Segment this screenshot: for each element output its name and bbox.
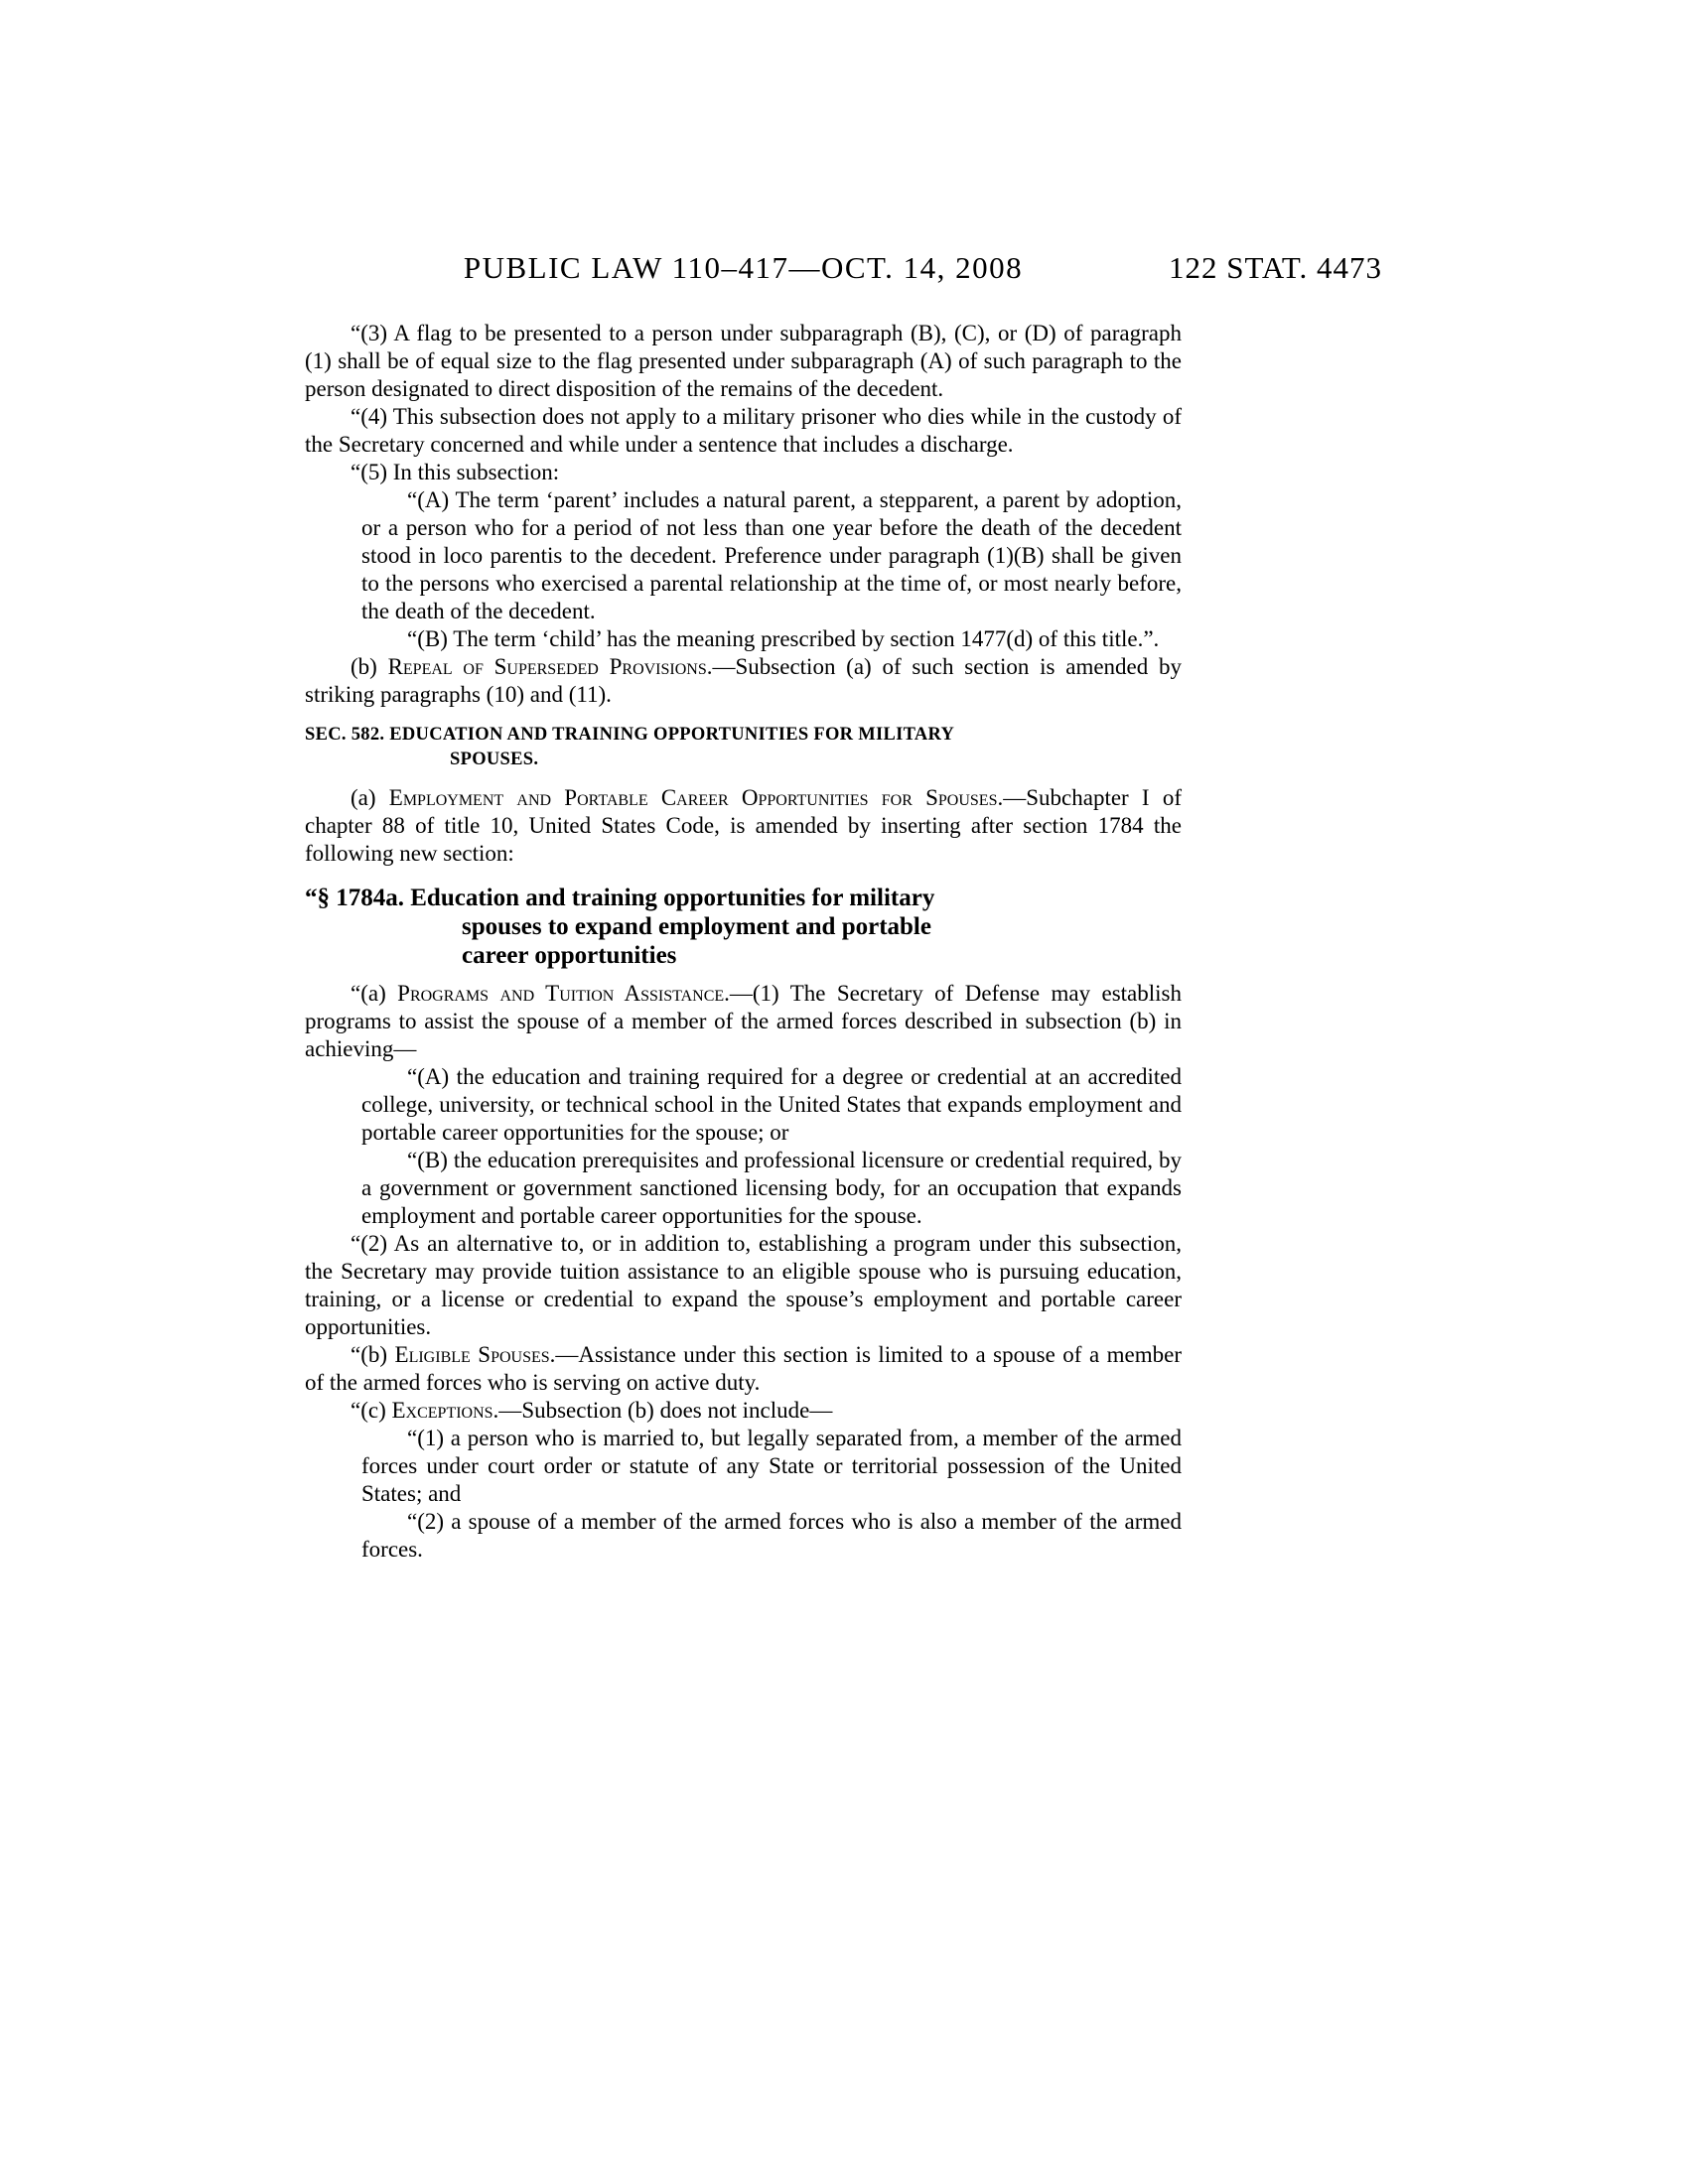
text-run: “(2) a spouse of a member of the armed f… xyxy=(361,1509,1182,1562)
document-blocks: “(3) A flag to be presented to a person … xyxy=(305,320,1182,1564)
text-run: “(B) the education prerequisites and pro… xyxy=(361,1148,1182,1228)
running-head: PUBLIC LAW 110–417—OCT. 14, 2008 122 STA… xyxy=(305,250,1382,292)
para: “(5) In this subsection: xyxy=(305,459,1182,486)
para: (b) Repeal of Superseded Provisions.—Sub… xyxy=(305,653,1182,709)
text-run: career opportunities xyxy=(462,942,676,969)
small-caps-run: Eligible Spouses.— xyxy=(395,1342,579,1367)
text-run: “(5) In this subsection: xyxy=(351,460,559,484)
statutes-page-number: 122 STAT. 4473 xyxy=(1169,250,1382,286)
para: “(B) The term ‘child’ has the meaning pr… xyxy=(361,625,1182,653)
small-caps-run: Repeal of Superseded Provisions.— xyxy=(388,654,736,679)
text-run: Subsection (b) does not include— xyxy=(521,1398,832,1423)
para: “(c) Exceptions.—Subsection (b) does not… xyxy=(305,1397,1182,1425)
para: “(3) A flag to be presented to a person … xyxy=(305,320,1182,403)
para: “(A) the education and training required… xyxy=(361,1063,1182,1147)
para: “(B) the education prerequisites and pro… xyxy=(361,1147,1182,1230)
text-run: (a) xyxy=(351,785,389,810)
text-run: SEC. 582. EDUCATION AND TRAINING OPPORTU… xyxy=(305,725,954,745)
text-run: SPOUSES. xyxy=(450,750,538,769)
text-run: “(c) xyxy=(351,1398,392,1423)
usc-heading: “§ 1784a. Education and training opportu… xyxy=(305,884,1182,970)
para: “(2) a spouse of a member of the armed f… xyxy=(361,1508,1182,1564)
text-run: (b) xyxy=(351,654,388,679)
text-run: “§ 1784a. Education and training opportu… xyxy=(305,885,934,911)
text-run: “(1) a person who is married to, but leg… xyxy=(361,1426,1182,1506)
text-run: “(a) xyxy=(351,981,397,1006)
small-caps-run: Programs and Tuition Assistance.— xyxy=(397,981,753,1006)
text-run: “(4) This subsection does not apply to a… xyxy=(305,404,1182,457)
para: “(b) Eligible Spouses.—Assistance under … xyxy=(305,1341,1182,1397)
para: “(4) This subsection does not apply to a… xyxy=(305,403,1182,459)
para: (a) Employment and Portable Career Oppor… xyxy=(305,784,1182,868)
sec-heading: SEC. 582. EDUCATION AND TRAINING OPPORTU… xyxy=(305,723,1182,772)
para: “(2) As an alternative to, or in additio… xyxy=(305,1230,1182,1341)
text-run: “(3) A flag to be presented to a person … xyxy=(305,321,1182,401)
small-caps-run: Employment and Portable Career Opportuni… xyxy=(389,785,1026,810)
para: “(A) The term ‘parent’ includes a natura… xyxy=(361,486,1182,625)
text-run: “(2) As an alternative to, or in additio… xyxy=(305,1231,1182,1339)
small-caps-run: Exceptions.— xyxy=(392,1398,522,1423)
text-run: “(b) xyxy=(351,1342,395,1367)
para: “(a) Programs and Tuition Assistance.—(1… xyxy=(305,980,1182,1063)
para: “(1) a person who is married to, but leg… xyxy=(361,1425,1182,1508)
text-run: spouses to expand employment and portabl… xyxy=(462,913,931,940)
statute-page: PUBLIC LAW 110–417—OCT. 14, 2008 122 STA… xyxy=(0,0,1688,2184)
text-run: “(A) the education and training required… xyxy=(361,1064,1182,1145)
text-run: “(B) The term ‘child’ has the meaning pr… xyxy=(407,626,1159,651)
public-law-citation: PUBLIC LAW 110–417—OCT. 14, 2008 xyxy=(305,250,1182,286)
text-run: “(A) The term ‘parent’ includes a natura… xyxy=(361,487,1182,623)
